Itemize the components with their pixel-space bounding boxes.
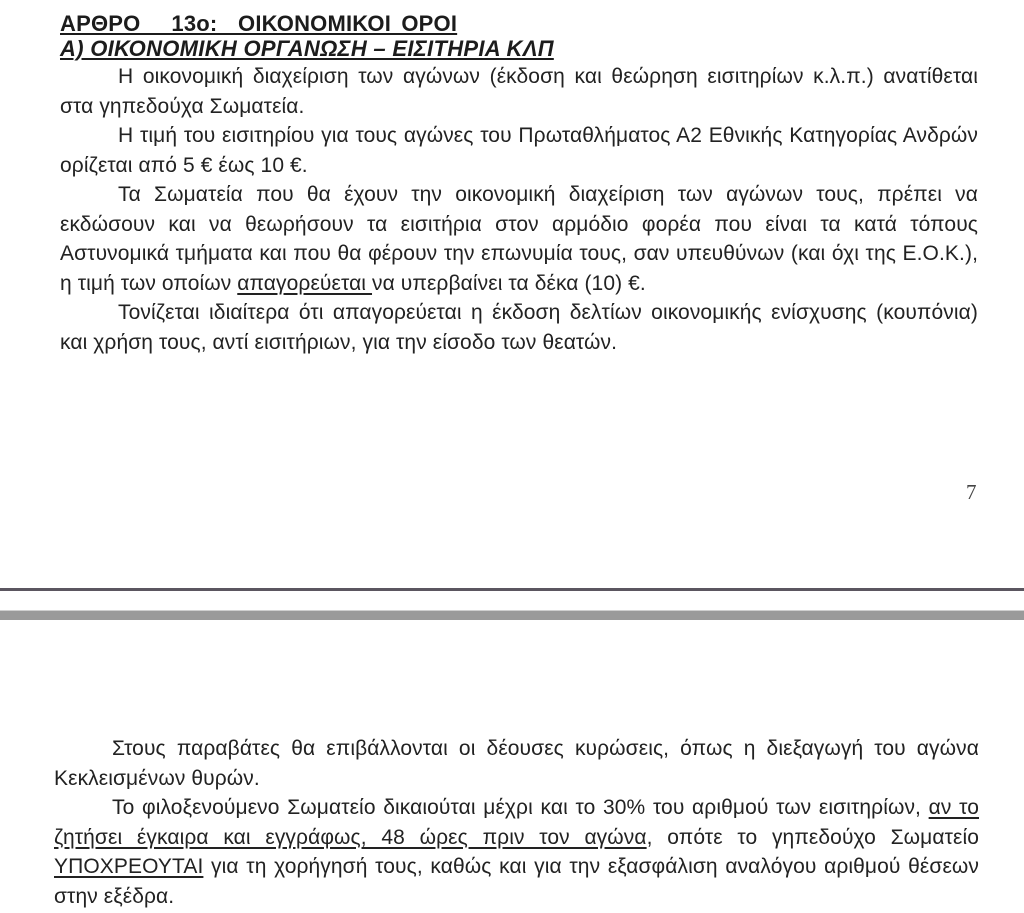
paragraph-text: , οπότε το γηπεδούχο Σωματείο — [647, 826, 979, 849]
page-top-section: ΑΡΘΡΟ 13ο: ΟΙΚΟΝΟΜΙΚΟΙ ΟΡΟΙ Α) ΟΙΚΟΝΟΜΙΚ… — [60, 12, 978, 357]
page-bottom-section: Στους παραβάτες θα επιβάλλονται οι δέουσ… — [54, 734, 979, 911]
section-heading: Α) ΟΙΚΟΝΟΜΙΚΗ ΟΡΓΑΝΩΣΗ – ΕΙΣΙΤΗΡΙΑ ΚΛΠ — [60, 36, 978, 62]
paragraph-coupons-prohibited: Τονίζεται ιδιαίτερα ότι απαγορεύεται η έ… — [60, 298, 978, 357]
page-separator-band — [0, 610, 1024, 620]
page-break-line — [0, 588, 1024, 591]
page-number: 7 — [966, 480, 977, 505]
underlined-emphasis: απαγορεύεται — [237, 272, 372, 295]
paragraph-sanctions: Στους παραβάτες θα επιβάλλονται οι δέουσ… — [54, 734, 979, 793]
paragraph-financial-management: Η οικονομική διαχείριση των αγώνων (έκδο… — [60, 62, 978, 121]
article-heading: ΑΡΘΡΟ 13ο: ΟΙΚΟΝΟΜΙΚΟΙ ΟΡΟΙ — [60, 12, 978, 36]
paragraph-text: Το φιλοξενούμενο Σωματείο δικαιούται μέχ… — [112, 796, 929, 819]
paragraph-ticket-issuance: Τα Σωματεία που θα έχουν την οικονομική … — [60, 180, 978, 298]
paragraph-text: να υπερβαίνει τα δέκα (10) €. — [372, 272, 646, 295]
underlined-obligation: ΥΠΟΧΡΕΟΥΤΑΙ — [54, 855, 203, 878]
paragraph-ticket-price: Η τιμή του εισιτηρίου για τους αγώνες το… — [60, 121, 978, 180]
paragraph-visiting-club-tickets: Το φιλοξενούμενο Σωματείο δικαιούται μέχ… — [54, 793, 979, 911]
